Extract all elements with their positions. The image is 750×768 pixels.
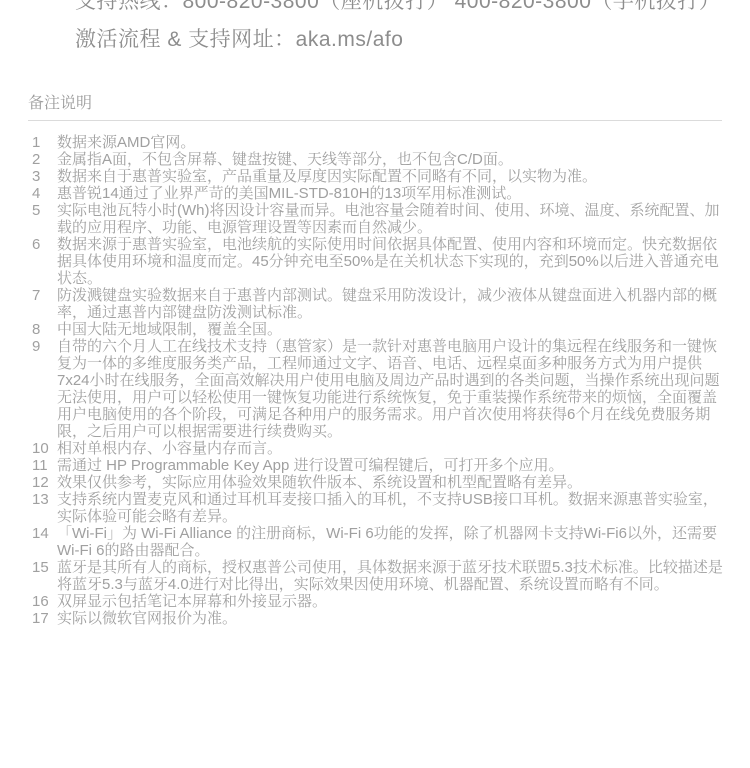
note-item: 3数据来自于惠普实验室，产品重量及厚度因实际配置不同略有不同，以实物为准。	[28, 168, 723, 185]
note-item: 13支持系统内置麦克风和通过耳机耳麦接口插入的耳机，不支持USB接口耳机。数据来…	[28, 491, 723, 525]
note-item: 14「Wi-Fi」为 Wi-Fi Alliance 的注册商标，Wi-Fi 6功…	[28, 525, 723, 559]
note-number: 1	[28, 134, 57, 151]
note-number: 8	[28, 321, 57, 338]
note-item: 15蓝牙是其所有人的商标，授权惠普公司使用，具体数据来源于蓝牙技术联盟5.3技术…	[28, 559, 723, 593]
note-item: 8中国大陆无地域限制，覆盖全国。	[28, 321, 723, 338]
notes-section-title: 备注说明	[28, 90, 92, 113]
notes-title-divider	[28, 120, 722, 121]
activation-support-url-text: 激活流程 & 支持网址：aka.ms/afo	[75, 27, 403, 53]
note-number: 7	[28, 287, 57, 321]
note-number: 6	[28, 236, 57, 287]
note-number: 11	[28, 457, 57, 474]
note-text: 实际电池瓦特小时(Wh)将因设计容量而异。电池容量会随着时间、使用、环境、温度、…	[57, 202, 723, 236]
notes-list: 1数据来源AMD官网。2金属指A面，不包含屏幕、键盘按键、天线等部分，也不包含C…	[28, 134, 723, 627]
note-number: 17	[28, 610, 57, 627]
note-number: 2	[28, 151, 57, 168]
note-item: 5实际电池瓦特小时(Wh)将因设计容量而异。电池容量会随着时间、使用、环境、温度…	[28, 202, 723, 236]
note-number: 13	[28, 491, 57, 525]
note-number: 3	[28, 168, 57, 185]
note-text: 惠普锐14通过了业界严苛的美国MIL-STD-810H的13项军用标准测试。	[57, 185, 723, 202]
note-text: 金属指A面，不包含屏幕、键盘按键、天线等部分，也不包含C/D面。	[57, 151, 723, 168]
note-text: 自带的六个月人工在线技术支持（惠管家）是一款针对惠普电脑用户设计的集远程在线服务…	[57, 338, 723, 440]
note-number: 10	[28, 440, 57, 457]
note-item: 1数据来源AMD官网。	[28, 134, 723, 151]
note-text: 「Wi-Fi」为 Wi-Fi Alliance 的注册商标，Wi-Fi 6功能的…	[57, 525, 723, 559]
note-text: 效果仅供参考，实际应用体验效果随软件版本、系统设置和机型配置略有差异。	[57, 474, 723, 491]
note-number: 12	[28, 474, 57, 491]
note-item: 16双屏显示包括笔记本屏幕和外接显示器。	[28, 593, 723, 610]
note-text: 实际以微软官网报价为准。	[57, 610, 723, 627]
note-number: 4	[28, 185, 57, 202]
note-text: 蓝牙是其所有人的商标，授权惠普公司使用，具体数据来源于蓝牙技术联盟5.3技术标准…	[57, 559, 723, 593]
note-number: 14	[28, 525, 57, 559]
note-text: 数据来源于惠普实验室，电池续航的实际使用时间依据具体配置、使用内容和环境而定。快…	[57, 236, 723, 287]
note-number: 16	[28, 593, 57, 610]
support-hotline-text: 支持热线：800-820-3800（座机拨打） 400-820-3800（手机拨…	[75, 0, 720, 15]
note-text: 双屏显示包括笔记本屏幕和外接显示器。	[57, 593, 723, 610]
note-number: 5	[28, 202, 57, 236]
note-item: 10相对单根内存、小容量内存而言。	[28, 440, 723, 457]
note-number: 9	[28, 338, 57, 440]
note-item: 11需通过 HP Programmable Key App 进行设置可编程键后，…	[28, 457, 723, 474]
note-text: 中国大陆无地域限制，覆盖全国。	[57, 321, 723, 338]
note-text: 数据来自于惠普实验室，产品重量及厚度因实际配置不同略有不同，以实物为准。	[57, 168, 723, 185]
note-text: 防泼溅键盘实验数据来自于惠普内部测试。键盘采用防泼设计，减少液体从键盘面进入机器…	[57, 287, 723, 321]
note-item: 12效果仅供参考，实际应用体验效果随软件版本、系统设置和机型配置略有差异。	[28, 474, 723, 491]
note-item: 2金属指A面，不包含屏幕、键盘按键、天线等部分，也不包含C/D面。	[28, 151, 723, 168]
note-text: 数据来源AMD官网。	[57, 134, 723, 151]
note-item: 9自带的六个月人工在线技术支持（惠管家）是一款针对惠普电脑用户设计的集远程在线服…	[28, 338, 723, 440]
note-item: 4惠普锐14通过了业界严苛的美国MIL-STD-810H的13项军用标准测试。	[28, 185, 723, 202]
note-text: 需通过 HP Programmable Key App 进行设置可编程键后，可打…	[57, 457, 723, 474]
note-item: 7防泼溅键盘实验数据来自于惠普内部测试。键盘采用防泼设计，减少液体从键盘面进入机…	[28, 287, 723, 321]
note-item: 6数据来源于惠普实验室，电池续航的实际使用时间依据具体配置、使用内容和环境而定。…	[28, 236, 723, 287]
note-text: 支持系统内置麦克风和通过耳机耳麦接口插入的耳机，不支持USB接口耳机。数据来源惠…	[57, 491, 723, 525]
note-item: 17实际以微软官网报价为准。	[28, 610, 723, 627]
note-number: 15	[28, 559, 57, 593]
note-text: 相对单根内存、小容量内存而言。	[57, 440, 723, 457]
